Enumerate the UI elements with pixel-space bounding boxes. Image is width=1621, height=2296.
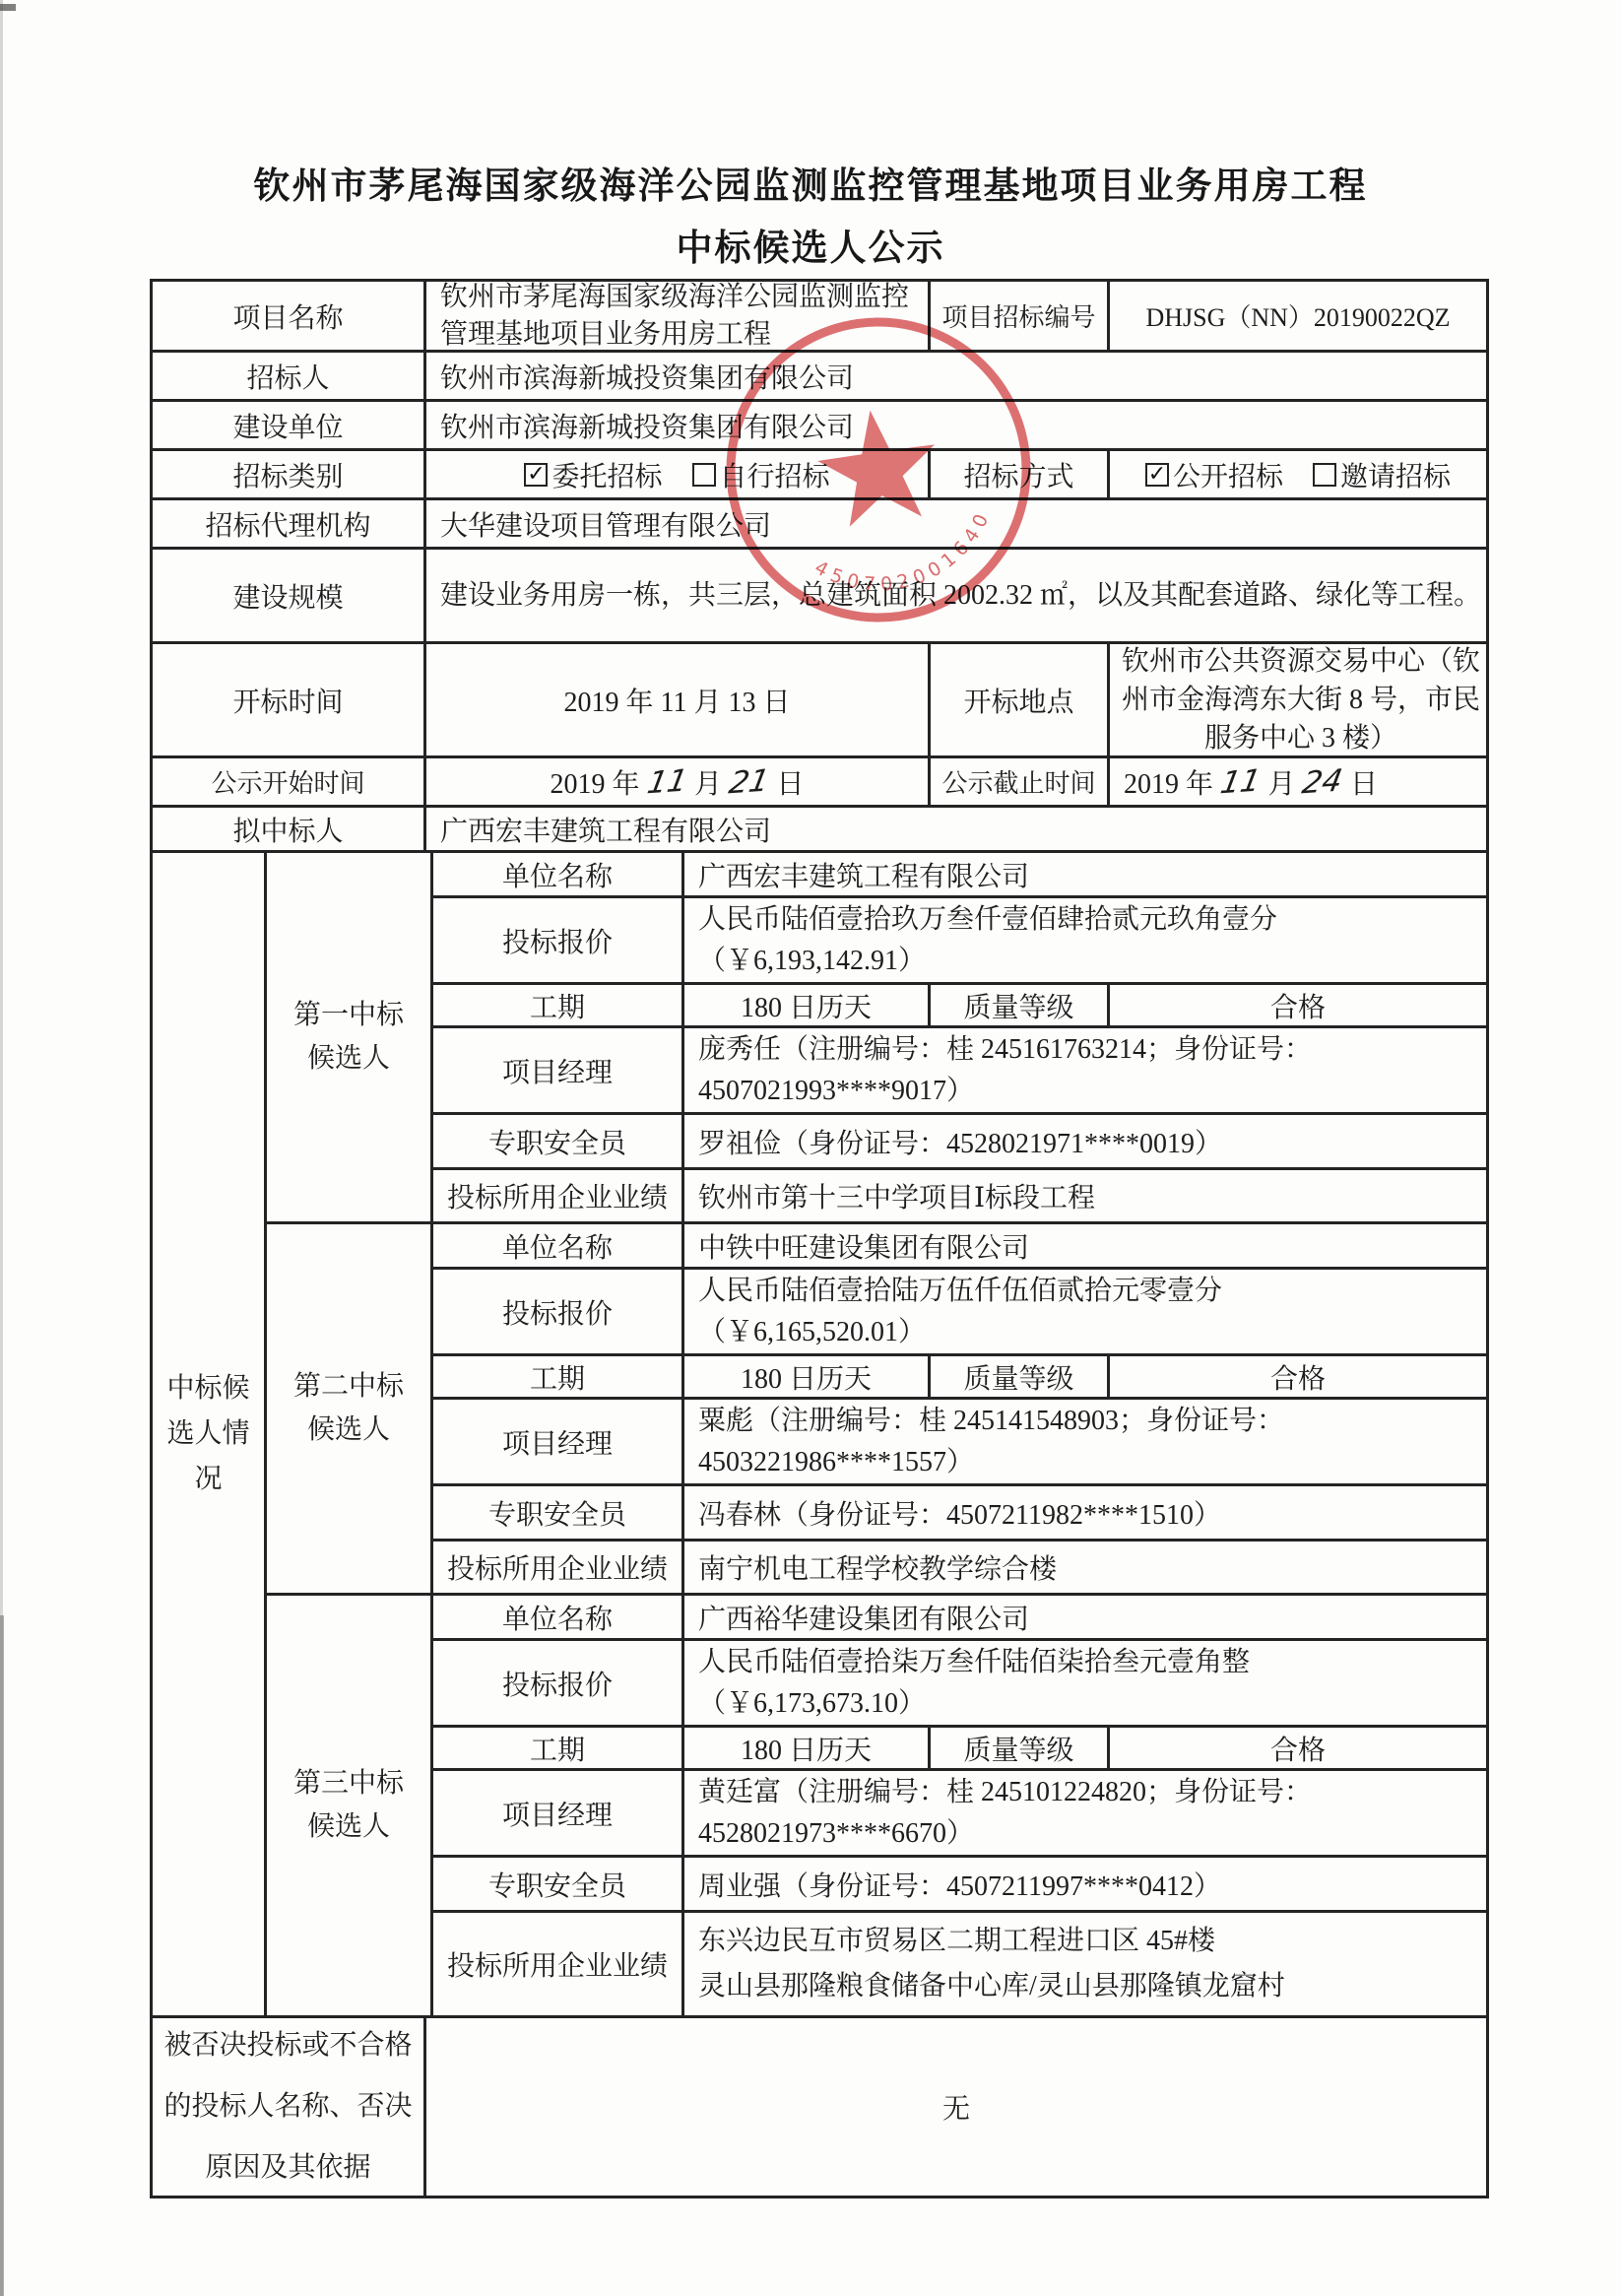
row-tenderee: 招标人 钦州市滨海新城投资集团有限公司 bbox=[153, 353, 1486, 402]
candidate-2-price-row: 投标报价 人民币陆佰壹拾陆万伍仟伍佰贰拾元零壹分 （￥6,165,520.01） bbox=[433, 1270, 1486, 1356]
safety-officer-value: 周业强（身份证号：4507211997****0412） bbox=[684, 1858, 1486, 1910]
scale-value: 建设业务用房一栋，共三层，总建筑面积 2002.32 ㎡，以及其配套道路、绿化等… bbox=[426, 550, 1486, 641]
tender-method-label: 招标方式 bbox=[931, 451, 1110, 497]
row-project-name: 项目名称 钦州市茅尾海国家级海洋公园监测监控管理基地项目业务用房工程 项目招标编… bbox=[153, 282, 1486, 353]
candidate-2-safety-row: 专职安全员 冯春林（身份证号：4507211982****1510） bbox=[433, 1486, 1486, 1542]
agency-label: 招标代理机构 bbox=[153, 500, 426, 547]
candidate-3-manager-row: 项目经理 黄廷富（注册编号：桂 245101224820；身份证号： 45280… bbox=[433, 1771, 1486, 1858]
duration-value: 180 日历天 bbox=[684, 1356, 931, 1397]
candidate-3-unit-row: 单位名称 广西裕华建设集团有限公司 bbox=[433, 1596, 1486, 1641]
open-place-value: 钦州市公共资源交易中心（钦州市金海湾东大街 8 号，市民服务中心 3 楼） bbox=[1110, 644, 1486, 755]
tender-category-label: 招标类别 bbox=[153, 451, 426, 497]
quality-label: 质量等级 bbox=[931, 1728, 1110, 1768]
checkbox-icon bbox=[1313, 463, 1336, 487]
open-time-value: 2019 年 11 月 13 日 bbox=[426, 644, 931, 755]
tender-method-options: ✓ 公开招标 邀请招标 bbox=[1110, 451, 1486, 497]
candidate-1-manager-row: 项目经理 庞秀任（注册编号：桂 245161763214；身份证号： 45070… bbox=[433, 1028, 1486, 1115]
candidate-3-duration-row: 工期 180 日历天 质量等级 合格 bbox=[433, 1728, 1486, 1771]
title-line-2: 中标候选人公示 bbox=[0, 218, 1621, 280]
row-tender-category: 招标类别 ✓ 委托招标 自行招标 招标方式 ✓ bbox=[153, 451, 1486, 500]
candidates-section: 中标候选人情况 第一中标候选人 单位名称 广西宏丰建筑工程有限公司 投标报价 bbox=[153, 853, 1486, 2018]
handwritten-day: 21 bbox=[726, 762, 771, 801]
candidate-2-rank: 第二中标候选人 bbox=[267, 1224, 433, 1593]
bid-announcement-table: 项目名称 钦州市茅尾海国家级海洋公园监测监控管理基地项目业务用房工程 项目招标编… bbox=[150, 279, 1489, 2198]
candidates-section-label: 中标候选人情况 bbox=[153, 853, 267, 2015]
builder-value: 钦州市滨海新城投资集团有限公司 bbox=[426, 402, 1486, 448]
bid-no-value: DHJSG（NN）20190022QZ bbox=[1110, 282, 1486, 350]
manager-value: 黄廷富（注册编号：桂 245101224820；身份证号： 4528021973… bbox=[684, 1771, 1486, 1855]
row-agency: 招标代理机构 大华建设项目管理有限公司 bbox=[153, 500, 1486, 550]
safety-officer-value: 冯春林（身份证号：4507211982****1510） bbox=[684, 1486, 1486, 1539]
checkbox-entrusted-tender: ✓ 委托招标 bbox=[524, 455, 662, 494]
notice-end-label: 公示截止时间 bbox=[931, 758, 1110, 805]
row-builder: 建设单位 钦州市滨海新城投资集团有限公司 bbox=[153, 402, 1486, 451]
checkbox-icon bbox=[692, 463, 716, 487]
title-line-1: 钦州市茅尾海国家级海洋公园监测监控管理基地项目业务用房工程 bbox=[0, 156, 1621, 218]
bid-price-value: 人民币陆佰壹拾玖万叁仟壹佰肆拾贰元玖角壹分 （￥6,193,142.91） bbox=[684, 898, 1486, 982]
handwritten-month: 11 bbox=[644, 762, 689, 801]
project-name-label: 项目名称 bbox=[153, 282, 426, 350]
candidate-2: 第二中标候选人 单位名称 中铁中旺建设集团有限公司 投标报价 人民币陆佰壹拾陆万… bbox=[267, 1224, 1486, 1596]
bid-no-label: 项目招标编号 bbox=[931, 282, 1110, 350]
candidate-1: 第一中标候选人 单位名称 广西宏丰建筑工程有限公司 投标报价 人民币陆佰壹拾玖万… bbox=[267, 853, 1486, 1224]
row-scale: 建设规模 建设业务用房一栋，共三层，总建筑面积 2002.32 ㎡，以及其配套道… bbox=[153, 550, 1486, 644]
unit-name-value: 中铁中旺建设集团有限公司 bbox=[684, 1224, 1486, 1267]
record-value: 东兴边民互市贸易区二期工程进口区 45#楼 灵山县那隆粮食储备中心库/灵山县那隆… bbox=[684, 1913, 1486, 2015]
candidate-1-unit-row: 单位名称 广西宏丰建筑工程有限公司 bbox=[433, 853, 1486, 898]
candidate-1-record-row: 投标所用企业业绩 钦州市第十三中学项目Ⅰ标段工程 bbox=[433, 1170, 1486, 1221]
candidate-1-price-row: 投标报价 人民币陆佰壹拾玖万叁仟壹佰肆拾贰元玖角壹分 （￥6,193,142.9… bbox=[433, 898, 1486, 985]
duration-value: 180 日历天 bbox=[684, 1728, 931, 1768]
document-page: 钦州市茅尾海国家级海洋公园监测监控管理基地项目业务用房工程 中标候选人公示 项目… bbox=[0, 0, 1621, 2296]
row-open-time: 开标时间 2019 年 11 月 13 日 开标地点 钦州市公共资源交易中心（钦… bbox=[153, 644, 1486, 758]
checkbox-self-tender: 自行招标 bbox=[692, 455, 830, 494]
rejected-label: 被否决投标或不合格的投标人名称、否决原因及其依据 bbox=[153, 2018, 426, 2196]
tender-category-options: ✓ 委托招标 自行招标 bbox=[426, 451, 931, 497]
duration-value: 180 日历天 bbox=[684, 985, 931, 1025]
candidate-3-safety-row: 专职安全员 周业强（身份证号：4507211997****0412） bbox=[433, 1858, 1486, 1913]
checkbox-icon: ✓ bbox=[524, 463, 548, 487]
candidate-3: 第三中标候选人 单位名称 广西裕华建设集团有限公司 投标报价 人民币陆佰壹拾柒万… bbox=[267, 1596, 1486, 2015]
bid-price-value: 人民币陆佰壹拾柒万叁仟陆佰柒拾叁元壹角整 （￥6,173,673.10） bbox=[684, 1641, 1486, 1725]
bid-price-value: 人民币陆佰壹拾陆万伍仟伍佰贰拾元零壹分 （￥6,165,520.01） bbox=[684, 1270, 1486, 1353]
candidate-3-record-row: 投标所用企业业绩 东兴边民互市贸易区二期工程进口区 45#楼 灵山县那隆粮食储备… bbox=[433, 1913, 1486, 2015]
quality-value: 合格 bbox=[1110, 1356, 1486, 1397]
notice-start-label: 公示开始时间 bbox=[153, 758, 426, 805]
quality-label: 质量等级 bbox=[931, 985, 1110, 1025]
candidate-1-rank: 第一中标候选人 bbox=[267, 853, 433, 1221]
candidates-list: 第一中标候选人 单位名称 广西宏丰建筑工程有限公司 投标报价 人民币陆佰壹拾玖万… bbox=[267, 853, 1486, 2015]
row-proposed-winner: 拟中标人 广西宏丰建筑工程有限公司 bbox=[153, 808, 1486, 853]
candidate-2-manager-row: 项目经理 粟彪（注册编号：桂 245141548903；身份证号： 450322… bbox=[433, 1400, 1486, 1486]
safety-officer-value: 罗祖俭（身份证号：4528021971****0019） bbox=[684, 1115, 1486, 1167]
row-rejected-bidders: 被否决投标或不合格的投标人名称、否决原因及其依据 无 bbox=[153, 2018, 1486, 2196]
unit-name-value: 广西宏丰建筑工程有限公司 bbox=[684, 853, 1486, 895]
scan-corner-mark bbox=[0, 4, 16, 11]
proposed-winner-value: 广西宏丰建筑工程有限公司 bbox=[426, 808, 1486, 850]
builder-label: 建设单位 bbox=[153, 402, 426, 448]
checkbox-invited-tender: 邀请招标 bbox=[1313, 455, 1451, 494]
candidate-1-duration-row: 工期 180 日历天 质量等级 合格 bbox=[433, 985, 1486, 1028]
record-value: 南宁机电工程学校教学综合楼 bbox=[684, 1542, 1486, 1593]
candidate-2-unit-row: 单位名称 中铁中旺建设集团有限公司 bbox=[433, 1224, 1486, 1270]
handwritten-day: 24 bbox=[1300, 762, 1345, 801]
rejected-value: 无 bbox=[426, 2018, 1486, 2196]
document-title: 钦州市茅尾海国家级海洋公园监测监控管理基地项目业务用房工程 中标候选人公示 bbox=[0, 156, 1621, 280]
tenderee-value: 钦州市滨海新城投资集团有限公司 bbox=[426, 353, 1486, 399]
candidate-3-rank: 第三中标候选人 bbox=[267, 1596, 433, 2015]
agency-value: 大华建设项目管理有限公司 bbox=[426, 500, 1486, 547]
open-time-label: 开标时间 bbox=[153, 644, 426, 755]
checkbox-open-tender: ✓ 公开招标 bbox=[1145, 455, 1283, 494]
checkbox-icon: ✓ bbox=[1145, 463, 1169, 487]
open-place-label: 开标地点 bbox=[931, 644, 1110, 755]
unit-name-value: 广西裕华建设集团有限公司 bbox=[684, 1596, 1486, 1638]
scan-edge-dark bbox=[0, 1615, 4, 2296]
quality-value: 合格 bbox=[1110, 985, 1486, 1025]
scale-label: 建设规模 bbox=[153, 550, 426, 641]
candidate-2-duration-row: 工期 180 日历天 质量等级 合格 bbox=[433, 1356, 1486, 1400]
project-name-value: 钦州市茅尾海国家级海洋公园监测监控管理基地项目业务用房工程 bbox=[426, 282, 931, 350]
candidate-1-safety-row: 专职安全员 罗祖俭（身份证号：4528021971****0019） bbox=[433, 1115, 1486, 1170]
row-notice-dates: 公示开始时间 2019 年 11 月 21 日 公示截止时间 2019 年 11… bbox=[153, 758, 1486, 808]
quality-value: 合格 bbox=[1110, 1728, 1486, 1768]
notice-end-value: 2019 年 11 月 24 日 bbox=[1110, 758, 1486, 805]
candidate-3-price-row: 投标报价 人民币陆佰壹拾柒万叁仟陆佰柒拾叁元壹角整 （￥6,173,673.10… bbox=[433, 1641, 1486, 1728]
proposed-winner-label: 拟中标人 bbox=[153, 808, 426, 850]
manager-value: 粟彪（注册编号：桂 245141548903；身份证号： 4503221986*… bbox=[684, 1400, 1486, 1483]
tenderee-label: 招标人 bbox=[153, 353, 426, 399]
quality-label: 质量等级 bbox=[931, 1356, 1110, 1397]
candidate-2-record-row: 投标所用企业业绩 南宁机电工程学校教学综合楼 bbox=[433, 1542, 1486, 1593]
handwritten-month: 11 bbox=[1217, 762, 1263, 801]
record-value: 钦州市第十三中学项目Ⅰ标段工程 bbox=[684, 1170, 1486, 1221]
notice-start-value: 2019 年 11 月 21 日 bbox=[426, 758, 931, 805]
manager-value: 庞秀任（注册编号：桂 245161763214；身份证号： 4507021993… bbox=[684, 1028, 1486, 1112]
